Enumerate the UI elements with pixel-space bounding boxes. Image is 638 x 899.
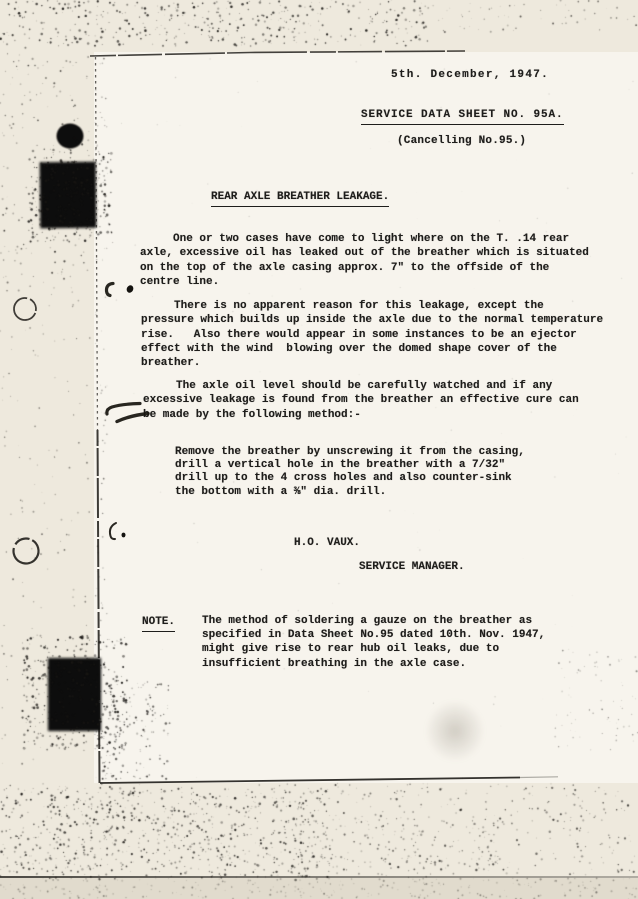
scanned-page: 5th. December, 1947. SERVICE DATA SHEET … (0, 0, 638, 899)
signature-name: H.O. VAUX. (294, 536, 360, 550)
note-label: NOTE. (142, 615, 175, 632)
paragraph-3: The axle oil level should be carefully w… (143, 379, 579, 422)
paragraph-2: There is no apparent reason for this lea… (141, 299, 603, 370)
ink-rectangle-top (40, 162, 97, 229)
cancelling-note: (Cancelling No.95.) (397, 134, 526, 148)
sheet-title: SERVICE DATA SHEET NO. 95A. (361, 108, 564, 125)
method-instructions: Remove the breather by unscrewing it fro… (175, 446, 525, 499)
punch-hole-bottom (9, 534, 43, 568)
scanner-bottom-band (0, 878, 638, 899)
paragraph-1: One or two cases have come to light wher… (140, 232, 589, 289)
scan-smudge (415, 690, 495, 772)
note-body: The method of soldering a gauze on the b… (202, 614, 545, 671)
date-line: 5th. December, 1947. (391, 68, 549, 82)
ink-blot (57, 124, 84, 149)
section-heading: REAR AXLE BREATHER LEAKAGE. (211, 190, 389, 207)
punch-hole-top (10, 294, 41, 325)
signature-title: SERVICE MANAGER. (359, 560, 465, 574)
